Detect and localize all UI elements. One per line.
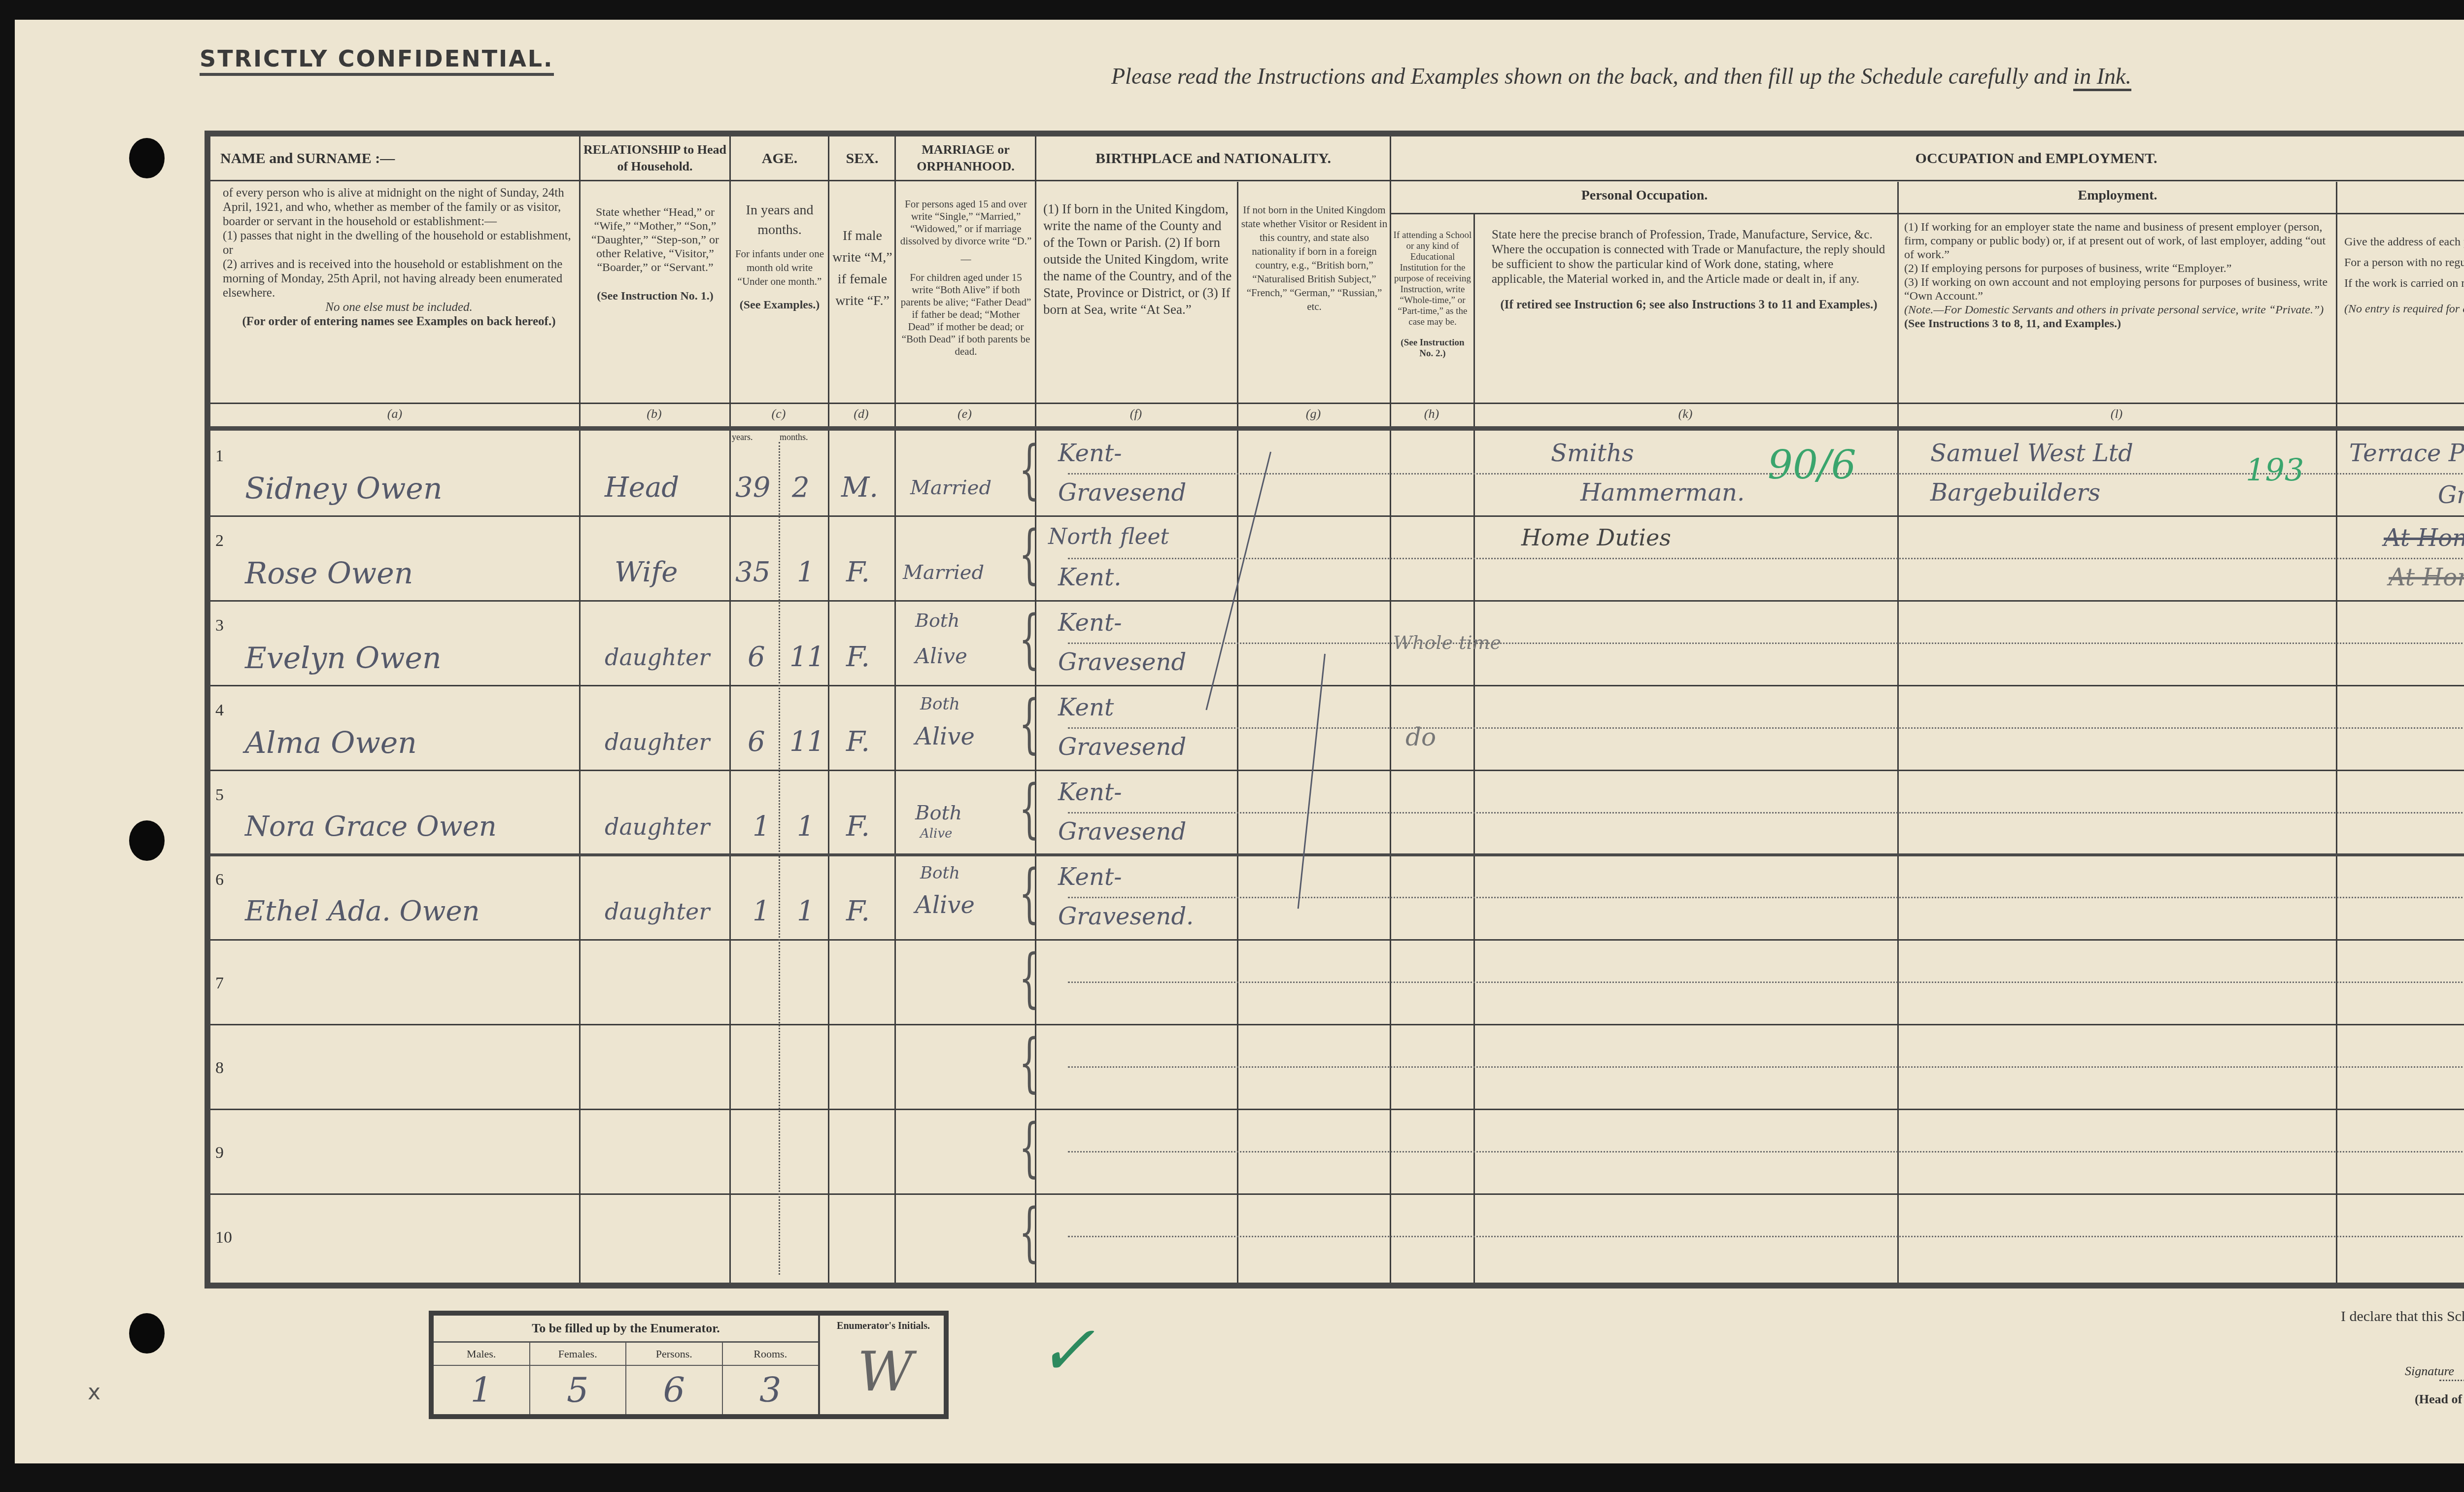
instruction-text: Please read the Instructions and Example… (1111, 64, 2073, 89)
age-years[interactable]: 39 (735, 472, 770, 504)
birthplace-line1[interactable]: North fleet (1048, 524, 1169, 549)
row-midline (1068, 982, 2464, 983)
col-e-text-2: For children aged under 15 write “Both A… (899, 271, 1032, 358)
nationality-dash-stroke (1298, 654, 1326, 909)
education[interactable]: Whole time (1393, 632, 1501, 653)
birthplace-line1[interactable]: Kent (1058, 694, 1114, 721)
marriage-line2[interactable]: Alive (920, 826, 952, 841)
col-m-instructions: Give the address of each person’s place … (2344, 235, 2464, 316)
marriage-line2[interactable]: Alive (915, 723, 975, 750)
divider-a-b (579, 136, 581, 1283)
row-midline (1068, 558, 2464, 559)
col-m-text-4: (No entry is required for any person who… (2344, 302, 2464, 316)
col-l-note: (See Instructions 3 to 8, 11, and Exampl… (1904, 317, 2328, 331)
instruction-line: Please read the Instructions and Example… (1111, 63, 2131, 89)
persons-label: Persons. (626, 1343, 723, 1365)
signature-line (2439, 1380, 2464, 1381)
signature-note: (Head of Household, Manager of Establish… (2415, 1392, 2464, 1407)
col-m-text-3: If the work is carried on mainly at home… (2344, 276, 2464, 290)
workplace-line2-struck[interactable]: At Home (2389, 564, 2464, 591)
col-d-title: SEX. (830, 150, 894, 167)
birthplace-line1[interactable]: Kent- (1058, 779, 1122, 806)
marriage-line2[interactable]: Alive (915, 644, 967, 668)
col-e-text-1: For persons aged 15 and over write “Sing… (899, 198, 1032, 247)
census-table: NAME and SURNAME :— RELATIONSHIP to Head… (205, 131, 2464, 1289)
age-years[interactable]: 1 (753, 895, 770, 927)
age-years[interactable]: 35 (735, 556, 770, 588)
row-number: 6 (215, 871, 224, 889)
age-months-subheader: months. (780, 432, 808, 442)
nationality-dash-stroke (1205, 452, 1271, 711)
age-years[interactable]: 6 (748, 641, 765, 673)
col-a-text-4: No one else must be included. (223, 300, 575, 314)
rooms-count[interactable]: 3 (723, 1366, 819, 1414)
age-months[interactable]: 1 (797, 895, 815, 927)
col-a-text-1: of every person who is alive at midnight… (223, 186, 575, 229)
col-b-note: (See Instruction No. 1.) (585, 289, 725, 303)
row-rule-thick (210, 853, 2464, 856)
age-months[interactable]: 11 (789, 641, 824, 673)
col-a-letter: (a) (210, 407, 579, 421)
col-a-instructions: of every person who is alive at midnight… (223, 186, 575, 329)
row-number: 1 (215, 447, 224, 466)
row-number: 5 (215, 786, 224, 805)
punch-hole (129, 1313, 165, 1354)
divider-b-c (729, 136, 731, 1283)
row-number: 10 (215, 1228, 232, 1247)
col-k-instructions: State here the precise branch of Profess… (1492, 228, 1886, 312)
age-months[interactable]: 1 (797, 556, 815, 588)
margin-mark-bottom-left: x (88, 1380, 101, 1405)
row-number: 4 (215, 701, 224, 720)
brace: { (1019, 946, 1039, 1010)
col-b-text: State whether “Head,” or “Wife,” “Mother… (585, 205, 725, 274)
col-e-instructions: For persons aged 15 and over write “Sing… (899, 198, 1032, 358)
marriage-line1[interactable]: Both (920, 863, 960, 883)
totals-heading: To be filled up by the Enumerator. (434, 1316, 818, 1343)
row-rule (210, 939, 2464, 941)
col-l-title: Employment. (1899, 187, 2336, 204)
divider-f-g (1237, 182, 1238, 1283)
row-rule (210, 685, 2464, 686)
divider-l-m (2336, 182, 2337, 1283)
birthplace-line2[interactable]: Kent. (1058, 564, 1121, 591)
col-l-instructions: (1) If working for an employer state the… (1904, 220, 2328, 331)
col-f-instructions: (1) If born in the United Kingdom, write… (1043, 201, 1233, 318)
sex[interactable]: F. (846, 726, 870, 758)
col-a-text-2: (1) passes that night in the dwelling of… (223, 229, 575, 257)
col-fg-title: BIRTHPLACE and NATIONALITY. (1037, 150, 1390, 167)
col-l-text-1: (1) If working for an employer state the… (1904, 220, 2328, 262)
punch-hole (129, 820, 165, 861)
totals-divider (818, 1316, 820, 1414)
row-rule (210, 1193, 2464, 1195)
persons-count[interactable]: 6 (626, 1366, 723, 1414)
col-k-letter: (k) (1473, 407, 1897, 421)
page-title: STRICTLY CONFIDENTIAL. (200, 45, 554, 76)
relationship[interactable]: daughter (605, 898, 710, 925)
declaration-text: I declare that this Schedule is correctl… (2341, 1308, 2464, 1325)
signature-label: Signature (2405, 1364, 2454, 1379)
occupation-line1[interactable]: Smiths (1551, 440, 1634, 467)
person-name[interactable]: Nora Grace Owen (245, 811, 497, 843)
row-midline (1068, 1151, 2464, 1153)
row-number: 3 (215, 616, 224, 635)
person-name[interactable]: Evelyn Owen (245, 641, 442, 676)
birthplace-line1[interactable]: Kent- (1058, 863, 1122, 891)
marriage-line1[interactable]: Both (915, 610, 960, 631)
col-m-title: Place of Work. (2338, 187, 2464, 204)
age-years[interactable]: 1 (753, 811, 770, 843)
header-title-rule (210, 180, 2464, 181)
occupation-line1[interactable]: Home Duties (1521, 524, 1671, 551)
relationship[interactable]: daughter (605, 729, 710, 755)
males-label: Males. (434, 1343, 530, 1365)
birthplace-line1[interactable]: Kent- (1058, 609, 1122, 637)
col-occ-title: OCCUPATION and EMPLOYMENT. (1392, 150, 2464, 167)
col-e-dash: — (899, 253, 1032, 266)
occupation-code: 90/6 (1768, 442, 1856, 488)
col-c-ref: (See Examples.) (733, 298, 826, 312)
brace: { (1019, 1200, 1039, 1264)
row-midline (1068, 1066, 2464, 1068)
brace: { (1019, 437, 1039, 501)
divider-h-k (1473, 213, 1475, 1283)
col-d-letter: (d) (828, 407, 894, 421)
col-g-instructions: If not born in the United Kingdom state … (1240, 203, 1388, 313)
age-months[interactable]: 1 (797, 811, 815, 843)
col-h-letter: (h) (1390, 407, 1473, 421)
marriage[interactable]: Married (910, 476, 992, 499)
birthplace-line2[interactable]: Gravesend (1058, 733, 1186, 761)
workplace-line1[interactable]: Terrace Pier Wharf (2349, 440, 2464, 467)
person-name[interactable]: Ethel Ada. Owen (245, 895, 480, 927)
row-midline (1068, 897, 2464, 898)
sex[interactable]: F. (846, 556, 870, 588)
row-rule (210, 1024, 2464, 1025)
age-months[interactable]: 11 (789, 726, 824, 758)
col-l-text-2: (2) If employing persons for purposes of… (1904, 262, 2328, 275)
employment-code: 193 (2246, 452, 2304, 488)
brace: { (1019, 691, 1039, 755)
divider-d-e (894, 136, 896, 1283)
col-m-letter: (m) (2336, 407, 2464, 421)
col-e-title: MARRIAGE or ORPHANHOOD. (896, 141, 1035, 175)
workplace-line1-struck[interactable]: At Home (2384, 524, 2464, 552)
employment-line1[interactable]: Samuel West Ltd (1930, 440, 2133, 467)
row-number: 8 (215, 1059, 224, 1078)
birthplace-line2[interactable]: Gravesend (1058, 818, 1186, 846)
brace: { (1019, 607, 1039, 671)
marriage-line1[interactable]: Both (920, 694, 960, 714)
birthplace-line2[interactable]: Gravesend (1058, 479, 1186, 507)
row-number: 2 (215, 532, 224, 550)
col-c-note: For infants under one month old write “U… (733, 247, 826, 288)
col-l-text-4: (Note.—For Domestic Servants and others … (1904, 303, 2328, 317)
education[interactable]: do (1405, 723, 1436, 751)
col-k-text-2: Where the occupation is connected with T… (1492, 242, 1886, 287)
col-h-instructions: If attending a School or any kind of Edu… (1393, 230, 1472, 359)
sex[interactable]: F. (846, 641, 870, 673)
age-years[interactable]: 6 (748, 726, 765, 758)
col-e-letter: (e) (894, 407, 1035, 421)
birthplace-line2[interactable]: Gravesend (1058, 648, 1186, 676)
col-c-text: In years and months. (733, 201, 826, 240)
divider-g-h (1390, 136, 1391, 1283)
age-years-months-divider (779, 442, 780, 1275)
age-years-subheader: years. (732, 432, 753, 442)
col-c-letter: (c) (729, 407, 828, 421)
rooms-label: Rooms. (723, 1343, 819, 1365)
row-number: 7 (215, 974, 224, 993)
col-k-note: (If retired see Instruction 6; see also … (1492, 298, 1886, 312)
brace: { (1019, 1030, 1039, 1094)
males-count[interactable]: 1 (434, 1366, 530, 1414)
row-midline (1068, 1236, 2464, 1237)
brace: { (1019, 776, 1039, 840)
col-a-text-3: (2) arrives and is received into the hou… (223, 257, 575, 300)
col-c-instructions: In years and months. For infants under o… (733, 201, 826, 312)
marriage-line2[interactable]: Alive (915, 891, 975, 919)
col-h-text: If attending a School or any kind of Edu… (1393, 230, 1472, 328)
person-name[interactable]: Sidney Owen (245, 472, 443, 506)
col-l-text-3: (3) If working on own account and not em… (1904, 275, 2328, 303)
col-g-letter: (g) (1237, 407, 1390, 421)
relationship[interactable]: Head (605, 472, 679, 504)
header-bottom-rule (210, 426, 2464, 431)
enumerator-totals-box: To be filled up by the Enumerator. Enume… (429, 1311, 949, 1419)
occupation-sub-rule (1390, 213, 2464, 214)
col-m-text-1: Give the address of each person’s place … (2344, 235, 2464, 249)
row-rule (210, 600, 2464, 602)
females-label: Females. (530, 1343, 627, 1365)
col-f-letter: (f) (1035, 407, 1237, 421)
row-rule (210, 515, 2464, 517)
brace: { (1019, 1115, 1039, 1179)
birthplace-line1[interactable]: Kent- (1058, 440, 1122, 467)
sex[interactable]: F. (846, 811, 870, 843)
person-name[interactable]: Rose Owen (245, 556, 413, 591)
workplace-line2[interactable]: Gravesend. (2438, 481, 2464, 509)
col-b-instructions: State whether “Head,” or “Wife,” “Mother… (585, 205, 725, 303)
initials-value[interactable]: W (857, 1340, 913, 1403)
occupation-line2[interactable]: Hammerman. (1580, 479, 1745, 507)
birthplace-line2[interactable]: Gravesend. (1058, 903, 1194, 930)
col-c-title: AGE. (731, 150, 828, 167)
row-rule (210, 1109, 2464, 1110)
col-b-title: RELATIONSHIP to Head of Household. (581, 141, 729, 175)
person-name[interactable]: Alma Owen (245, 726, 417, 760)
females-count[interactable]: 5 (530, 1366, 627, 1414)
instruction-emphasis: in Ink. (2073, 64, 2131, 91)
check-mark: ✓ (1037, 1311, 1095, 1391)
letters-rule (210, 403, 2464, 404)
col-a-text-5: (For order of entering names see Example… (223, 314, 575, 329)
col-k-title: Personal Occupation. (1392, 187, 1897, 204)
row-midline (1068, 727, 2464, 729)
row-midline (1068, 812, 2464, 814)
marriage[interactable]: Married (903, 561, 984, 584)
col-b-letter: (b) (579, 407, 729, 421)
marriage-line1[interactable]: Both (915, 802, 962, 824)
col-l-letter: (l) (1897, 407, 2336, 421)
employment-line2[interactable]: Bargebuilders (1930, 479, 2100, 507)
brace: { (1019, 522, 1039, 586)
relationship[interactable]: Wife (615, 556, 678, 588)
col-h-note: (See Instruction No. 2.) (1393, 338, 1472, 359)
divider-c-d (828, 136, 829, 1283)
age-months[interactable]: 2 (792, 472, 810, 504)
brace: { (1019, 861, 1039, 925)
divider-k-l (1897, 182, 1899, 1283)
punch-hole (129, 138, 165, 178)
col-d-instructions: If male write “M,” if female write “F.” (832, 225, 892, 312)
row-rule (210, 770, 2464, 771)
row-number: 9 (215, 1144, 224, 1162)
sex[interactable]: M. (841, 472, 878, 504)
relationship[interactable]: daughter (605, 644, 710, 671)
relationship[interactable]: daughter (605, 814, 710, 840)
col-k-text-1: State here the precise branch of Profess… (1492, 228, 1886, 242)
sex[interactable]: F. (846, 895, 870, 927)
initials-label: Enumerator's Initials. (823, 1321, 944, 1332)
col-m-text-2: For a person with no regular place of wo… (2344, 256, 2464, 270)
col-a-title: NAME and SURNAME :— (220, 150, 565, 167)
row-midline (1068, 643, 2464, 644)
